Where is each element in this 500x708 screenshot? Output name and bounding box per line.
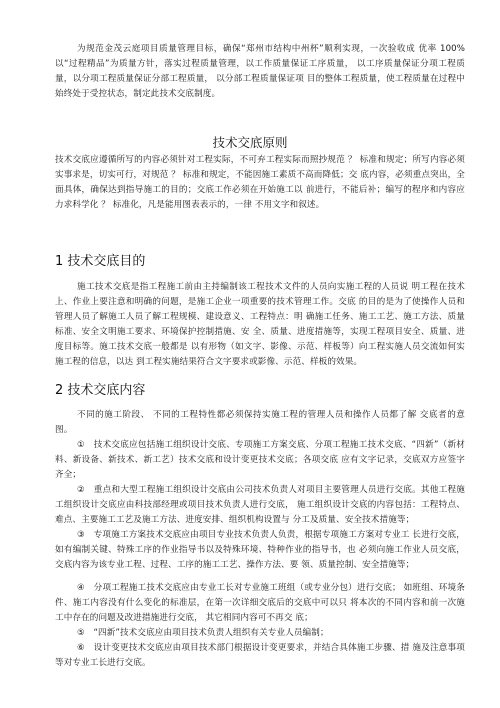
list-item-4: ④ 分项工程施工技术交底应由专业工长对专业施工班组（或专业分包）进行交底； 如班… bbox=[55, 581, 465, 626]
section-2-intro: 不同的施工阶段、 不同的工程特性都必须保持实施工程的管理人员和操作人员都了解 交… bbox=[55, 408, 465, 438]
list-item-6: ⑥ 设计变更技术交底应由项目技术部门根据设计变更要求，并结合具体施工步骤、措 施… bbox=[55, 641, 465, 671]
section-2-heading: 2 技术交底内容 bbox=[55, 379, 145, 398]
list-item-5: ⑤ “四新”技术交底应由项目技术负责人组织有关专业人员编制； bbox=[55, 626, 465, 641]
section-1-paragraph: 施工技术交底是指工程施工前由主持编制该工程技术文件的人员向实施工程的人员说 明工… bbox=[55, 280, 465, 370]
list-item-2: ② 重点和大型工程施工组织设计交底由公司技术负责人对项目主要管理人员进行交底。其… bbox=[55, 483, 465, 528]
document-page: 为规范金茂云庭项目质量管理目标，确保“郑州市结构中州杯”顺利实现，一次验收成 优… bbox=[0, 0, 500, 708]
list-item-1: ① 技术交底应包括施工组织设计交底、专项施工方案交底、分项工程施工技术交底、“四… bbox=[55, 438, 465, 483]
list-item-3: ③ 专项施工方案技术交底应由项目专业技术负责人负责，根据专项施工方案对专业工 长… bbox=[55, 528, 465, 573]
principles-paragraph: 技术交底应遵循所写的内容必须针对工程实际，不可弃工程实际而照抄规范 ？ 标准和规… bbox=[55, 153, 465, 213]
principles-title: 技术交底原则 bbox=[0, 133, 500, 151]
intro-paragraph: 为规范金茂云庭项目质量管理目标，确保“郑州市结构中州杯”顺利实现，一次验收成 优… bbox=[55, 42, 465, 102]
section-1-heading: 1 技术交底目的 bbox=[55, 250, 145, 269]
